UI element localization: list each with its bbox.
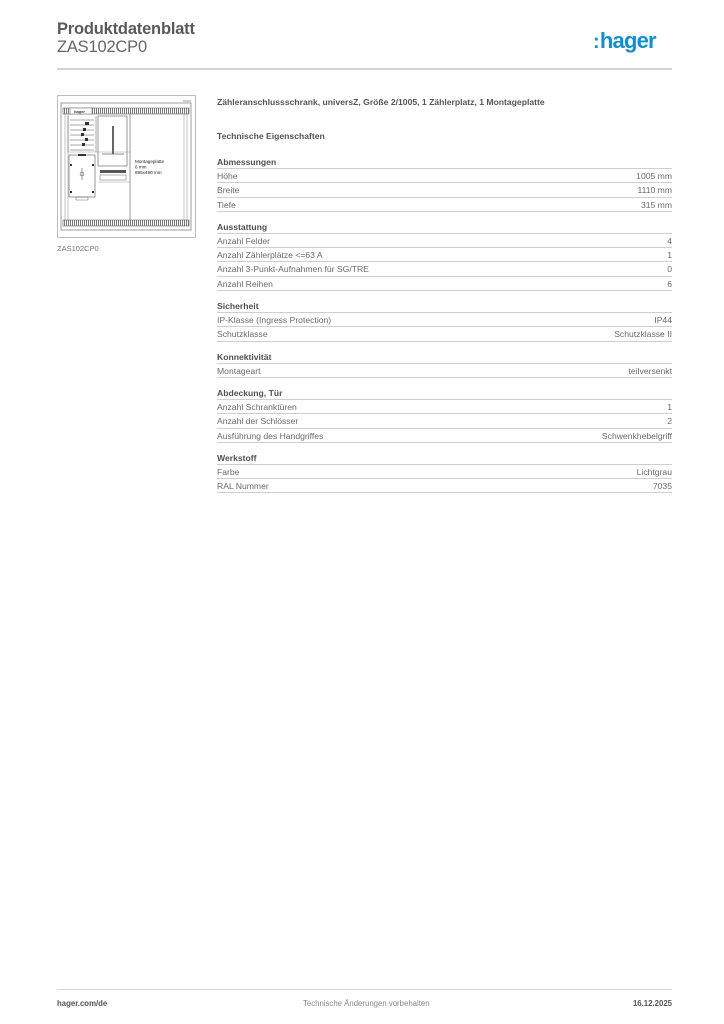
- group-heading: Abdeckung, Tür: [217, 387, 672, 400]
- property-label: Schutzklasse: [217, 327, 268, 340]
- property-row: Anzahl 3-Punkt-Aufnahmen für SG/TRE0: [217, 262, 672, 276]
- property-label: Farbe: [217, 465, 239, 478]
- property-label: RAL Nummer: [217, 479, 269, 492]
- property-row: Ausführung des HandgriffesSchwenkhebelgr…: [217, 429, 672, 443]
- property-row: IP-Klasse (Ingress Protection)IP44: [217, 313, 672, 327]
- property-row: Anzahl Reihen6: [217, 277, 672, 291]
- property-group-abdeckung-tuer: Abdeckung, Tür Anzahl Schranktüren1 Anza…: [217, 387, 672, 443]
- property-row: RAL Nummer7035: [217, 479, 672, 493]
- header-divider: [57, 68, 672, 70]
- footer-date: 16.12.2025: [633, 999, 672, 1008]
- hager-logo: :hager: [593, 28, 656, 54]
- property-value: 1: [667, 248, 672, 261]
- property-label: IP-Klasse (Ingress Protection): [217, 313, 331, 326]
- property-value: teilversenkt: [629, 364, 672, 377]
- property-row: Tiefe315 mm: [217, 198, 672, 212]
- property-label: Montageart: [217, 364, 260, 377]
- footer-disclaimer: Technische Änderungen vorbehalten: [303, 999, 430, 1008]
- properties-title: Technische Eigenschaften: [217, 131, 325, 141]
- property-row: Anzahl Schranktüren1: [217, 400, 672, 414]
- property-group-konnektivitaet: Konnektivität Montageartteilversenkt: [217, 351, 672, 378]
- property-value: 0: [667, 262, 672, 275]
- svg-text:895x490 mm: 895x490 mm: [135, 170, 162, 175]
- group-heading: Konnektivität: [217, 351, 672, 364]
- svg-text:6 mm: 6 mm: [135, 165, 147, 170]
- footer-website-link[interactable]: hager.com/de: [57, 999, 107, 1008]
- property-value: 7035: [653, 479, 672, 492]
- svg-text:hager: hager: [74, 109, 85, 114]
- logo-colon: :: [593, 31, 599, 53]
- property-group-abmessungen: Abmessungen Höhe1005 mm Breite1110 mm Ti…: [217, 156, 672, 212]
- property-value: 6: [667, 277, 672, 290]
- product-description: Zähleranschlussschrank, universZ, Größe …: [217, 97, 545, 107]
- property-value: IP44: [654, 313, 672, 326]
- image-caption: ZAS102CP0: [57, 244, 99, 253]
- property-row: FarbeLichtgrau: [217, 465, 672, 479]
- property-label: Anzahl der Schlösser: [217, 414, 298, 427]
- property-row: Breite1110 mm: [217, 183, 672, 197]
- property-label: Anzahl Reihen: [217, 277, 273, 290]
- property-row: Anzahl Zählerplätze <=63 A1: [217, 248, 672, 262]
- article-number: ZAS102CP0: [57, 38, 147, 57]
- property-label: Breite: [217, 183, 239, 196]
- property-group-ausstattung: Ausstattung Anzahl Felder4 Anzahl Zähler…: [217, 221, 672, 291]
- properties-table: Abmessungen Höhe1005 mm Breite1110 mm Ti…: [217, 156, 672, 502]
- property-value: 1005 mm: [636, 169, 672, 182]
- page-title: Produktdatenblatt: [57, 20, 195, 39]
- property-value: 2: [667, 414, 672, 427]
- group-heading: Ausstattung: [217, 221, 672, 234]
- property-value: 315 mm: [641, 198, 672, 211]
- property-group-sicherheit: Sicherheit IP-Klasse (Ingress Protection…: [217, 300, 672, 342]
- property-row: Höhe1005 mm: [217, 169, 672, 183]
- group-heading: Sicherheit: [217, 300, 672, 313]
- property-row: Anzahl Felder4: [217, 234, 672, 248]
- property-label: Anzahl Felder: [217, 234, 270, 247]
- property-row: Montageartteilversenkt: [217, 364, 672, 378]
- property-value: Lichtgrau: [637, 465, 672, 478]
- property-label: Ausführung des Handgriffes: [217, 429, 323, 442]
- property-label: Höhe: [217, 169, 238, 182]
- property-value: Schutzklasse II: [614, 327, 672, 340]
- property-value: 1110 mm: [637, 183, 672, 196]
- property-row: Anzahl der Schlösser2: [217, 414, 672, 428]
- property-label: Anzahl 3-Punkt-Aufnahmen für SG/TRE: [217, 262, 369, 275]
- property-label: Anzahl Zählerplätze <=63 A: [217, 248, 323, 261]
- property-value: 4: [667, 234, 672, 247]
- property-label: Tiefe: [217, 198, 236, 211]
- property-label: Anzahl Schranktüren: [217, 400, 297, 413]
- logo-text: hager: [600, 28, 656, 53]
- cabinet-diagram-icon: hager Montageplatte 6 mm 89: [58, 96, 195, 237]
- footer-divider: [57, 989, 672, 990]
- product-drawing: hager Montageplatte 6 mm 89: [57, 95, 196, 238]
- group-heading: Abmessungen: [217, 156, 672, 169]
- property-row: SchutzklasseSchutzklasse II: [217, 327, 672, 341]
- property-value: 1: [667, 400, 672, 413]
- svg-text:Montageplatte: Montageplatte: [135, 159, 165, 164]
- property-value: Schwenkhebelgriff: [602, 429, 672, 442]
- group-heading: Werkstoff: [217, 452, 672, 465]
- property-group-werkstoff: Werkstoff FarbeLichtgrau RAL Nummer7035: [217, 452, 672, 494]
